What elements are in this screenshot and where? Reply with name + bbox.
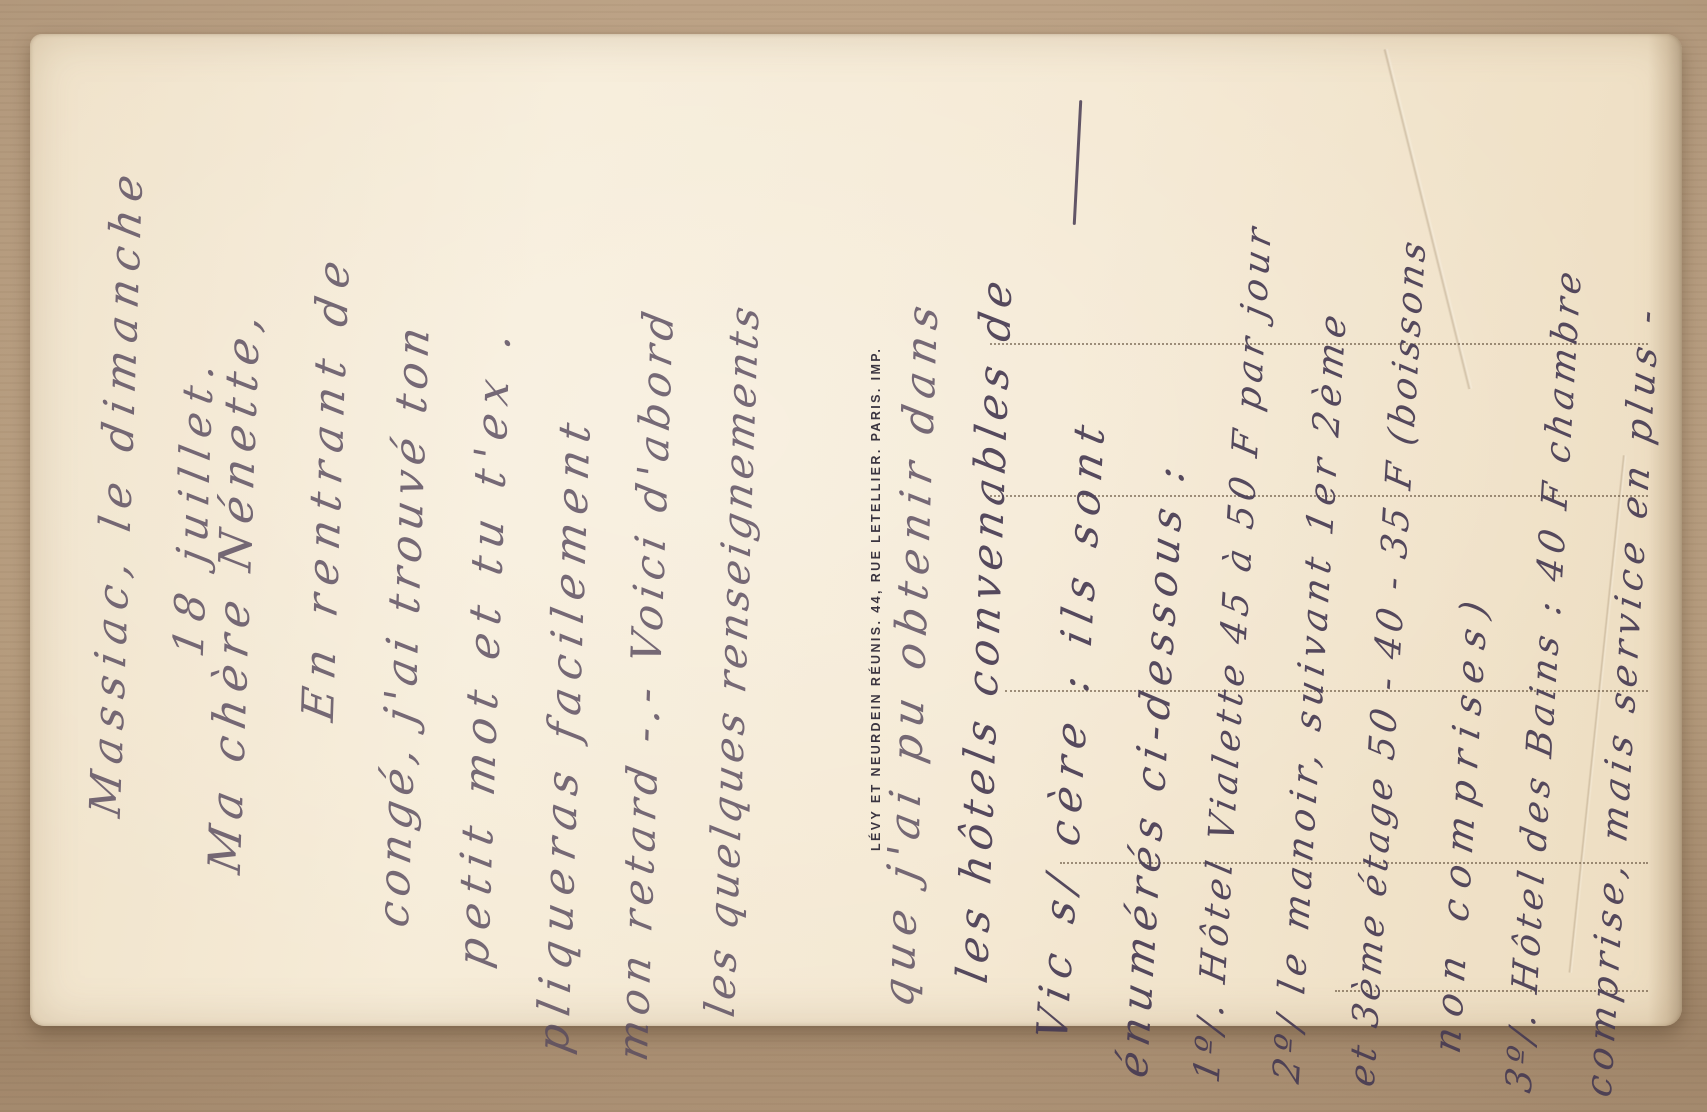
postcard-card [30,34,1682,1026]
scan-background: LÉVY ET NEURDEIN RÉUNIS. 44, RUE LETELLI… [0,0,1707,1112]
